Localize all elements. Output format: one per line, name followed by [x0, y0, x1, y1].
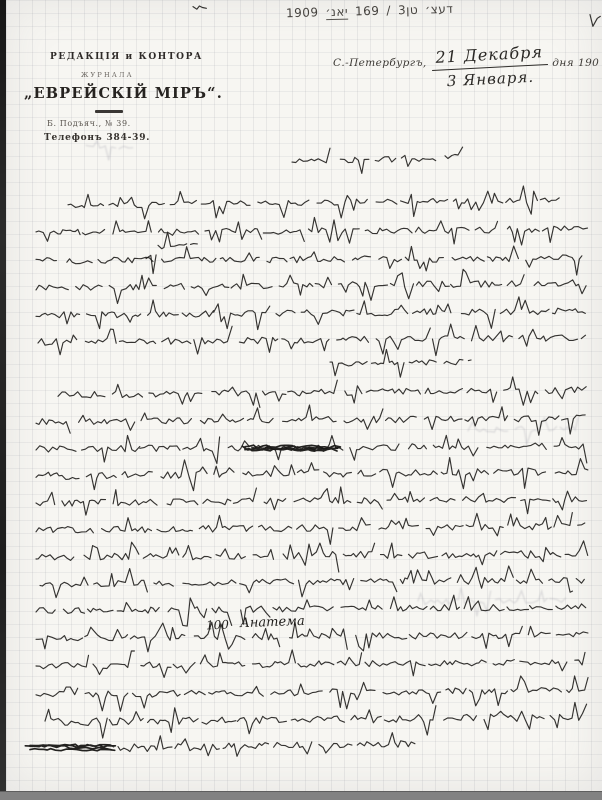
legible-word: 100 [206, 618, 229, 633]
bleedthrough-mark [418, 588, 566, 617]
handwriting-line [330, 349, 471, 377]
handwriting-line [36, 541, 588, 572]
handwriting-line [118, 733, 415, 757]
manuscript-handwriting [0, 0, 602, 800]
handwriting-line [40, 566, 584, 598]
pen-mark [590, 15, 600, 27]
handwriting-line [68, 186, 559, 219]
handwriting-line [36, 487, 587, 515]
scanned-letter-page: РЕДАКЦІЯ и КОНТОРА ЖУРНАЛА „ЕВРЕЙСКІЙ МІ… [0, 0, 602, 800]
handwriting-line [36, 246, 582, 275]
handwriting-line [36, 513, 585, 545]
handwriting-line [36, 458, 588, 491]
handwriting-line [36, 676, 588, 711]
handwriting-line [36, 269, 586, 303]
handwriting-line [36, 217, 588, 245]
handwriting-line [36, 622, 588, 652]
handwriting-line [58, 377, 586, 408]
salutation-line [292, 147, 463, 173]
inserted-word [158, 232, 197, 249]
handwriting-line [36, 650, 585, 678]
pen-mark [146, 255, 156, 274]
pen-mark [193, 6, 206, 9]
handwriting-line [45, 702, 587, 738]
struck-out-word [25, 744, 115, 750]
bleedthrough-mark [86, 141, 133, 161]
handwriting-line [36, 595, 586, 626]
legible-word: Анатема [240, 614, 305, 631]
handwriting-line [38, 324, 586, 356]
